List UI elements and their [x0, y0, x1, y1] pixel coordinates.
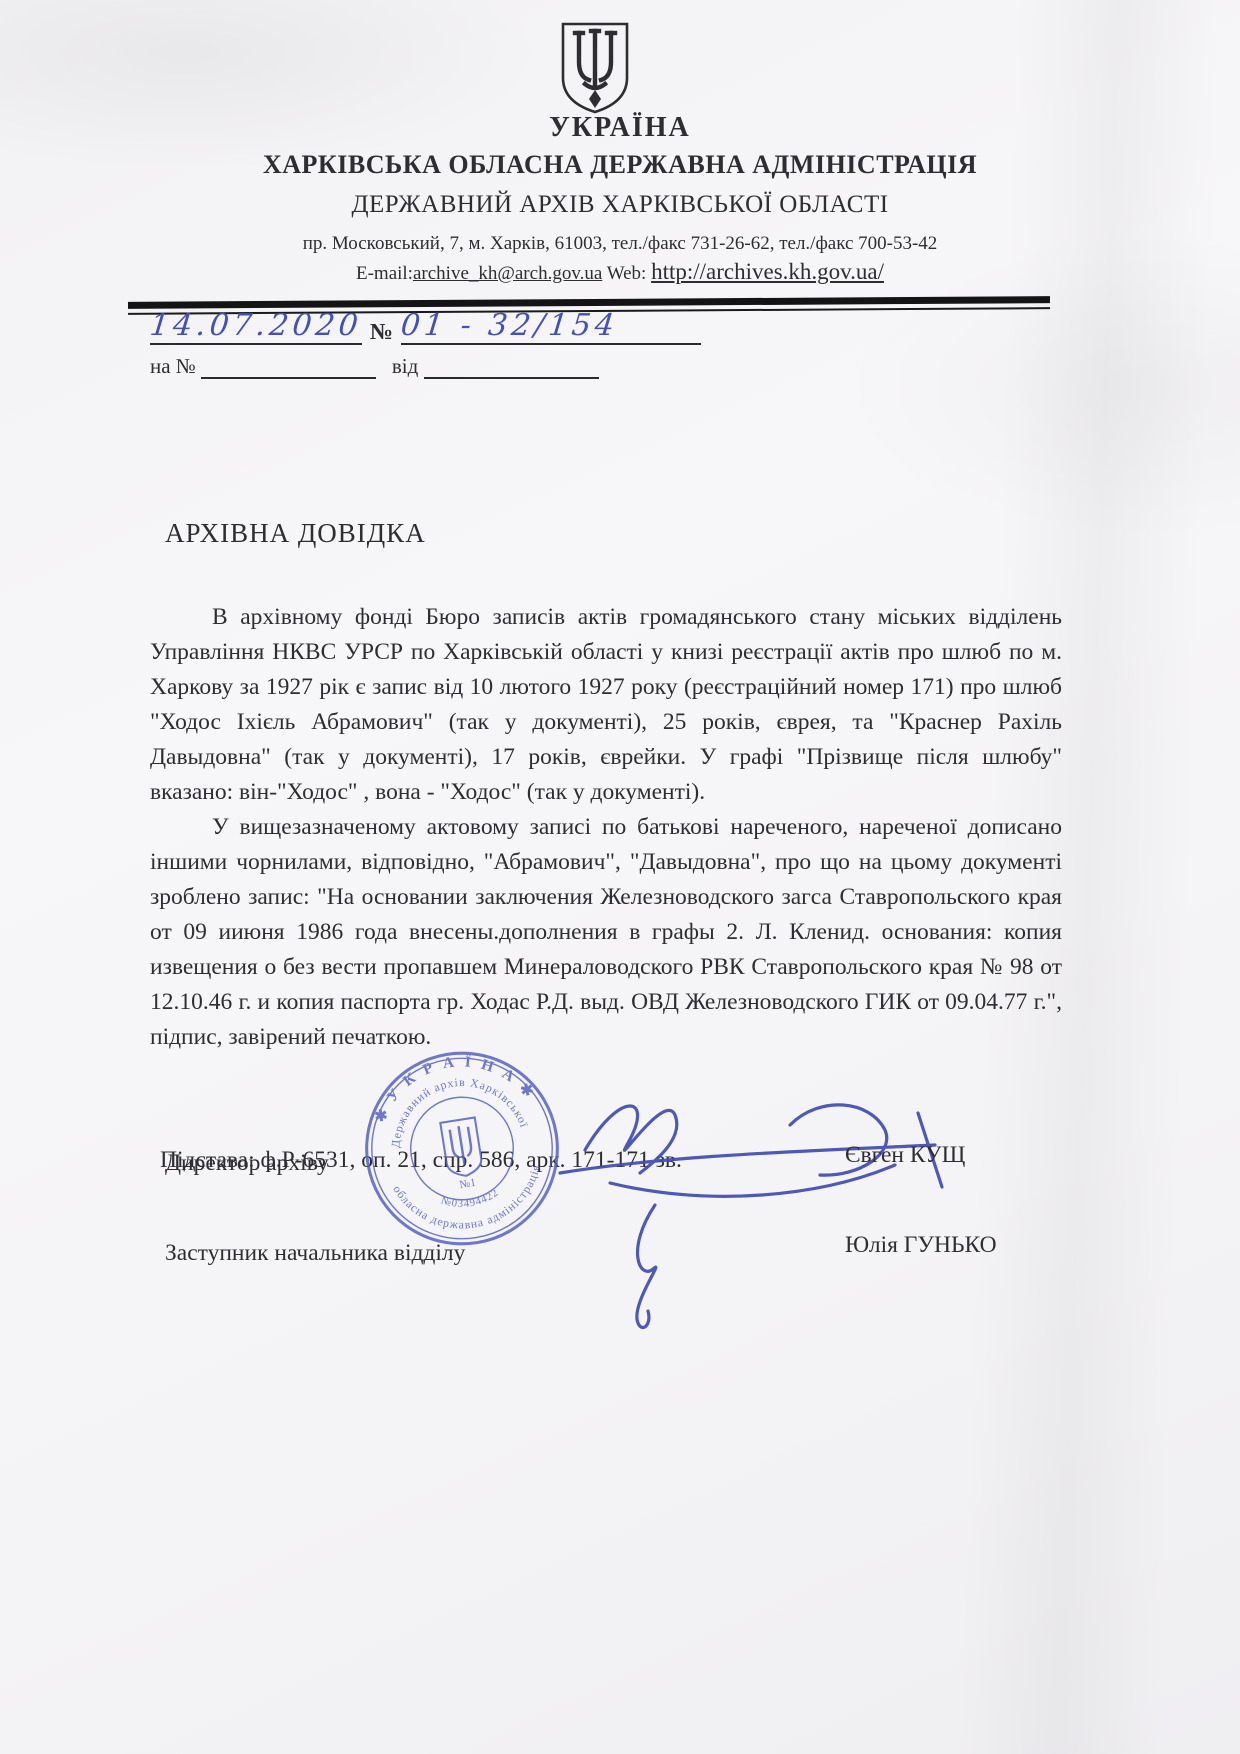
country-name: УКРАЇНА [0, 112, 1240, 144]
web-address: http://archives.kh.gov.ua/ [651, 259, 884, 284]
administration-name: ХАРКІВСЬКА ОБЛАСНА ДЕРЖАВНА АДМІНІСТРАЦІ… [0, 150, 1240, 180]
body-paragraph-1: В архівному фонді Бюро записів актів гро… [150, 600, 1062, 810]
document-title: АРХІВНА ДОВІДКА [165, 518, 426, 549]
web-label: Web: [607, 263, 647, 284]
reply-reference-line: на № від [150, 352, 599, 379]
signature-title-director: Директор архіву [165, 1150, 329, 1177]
round-stamp: ✱ У К Р А Ї Н А ✱ Державний архів Харків… [337, 1030, 586, 1267]
date-field: 14.07.2020 [150, 308, 362, 345]
number-field: 01 - 32/154 [401, 308, 701, 345]
body-paragraph-2: У вищезазначеному актовому записі по бат… [150, 810, 1062, 1055]
signature-title-deputy: Заступник начальника відділу [165, 1240, 465, 1267]
contact-line: E-mail:archive_kh@arch.gov.ua Web: http:… [0, 259, 1240, 285]
number-sign: № [362, 319, 401, 344]
number-handwritten: 01 - 32/154 [399, 308, 620, 343]
ukraine-trident-icon [557, 20, 633, 116]
reply-from-label: від [392, 354, 418, 378]
document-body: В архівному фонді Бюро записів актів гро… [150, 600, 1062, 1055]
reference-line: 14.07.2020№01 - 32/154 [150, 308, 701, 345]
reply-from-field [424, 352, 599, 379]
stamp-trident-icon [440, 1117, 483, 1178]
email-label: E-mail: [356, 263, 413, 284]
reply-to-field [201, 352, 376, 379]
stamp-number-text: №1 [459, 1177, 477, 1191]
signature-name-deputy: Юлія ГУНЬКО [845, 1232, 997, 1259]
scanned-document-page: УКРАЇНА ХАРКІВСЬКА ОБЛАСНА ДЕРЖАВНА АДМІ… [0, 0, 1240, 1754]
archive-name: ДЕРЖАВНИЙ АРХІВ ХАРКІВСЬКОЇ ОБЛАСТІ [0, 191, 1240, 219]
deputy-signature [637, 1205, 656, 1327]
stamp-serial-text: №03494422 [438, 1185, 503, 1214]
reply-to-label: на № [150, 354, 196, 378]
signature-name-director: Євген КУЩ [845, 1142, 965, 1169]
date-handwritten: 14.07.2020 [148, 308, 363, 343]
email-address: archive_kh@arch.gov.ua [413, 263, 602, 284]
address-line: пр. Московський, 7, м. Харків, 61003, те… [0, 233, 1240, 255]
trident-base [589, 90, 601, 108]
